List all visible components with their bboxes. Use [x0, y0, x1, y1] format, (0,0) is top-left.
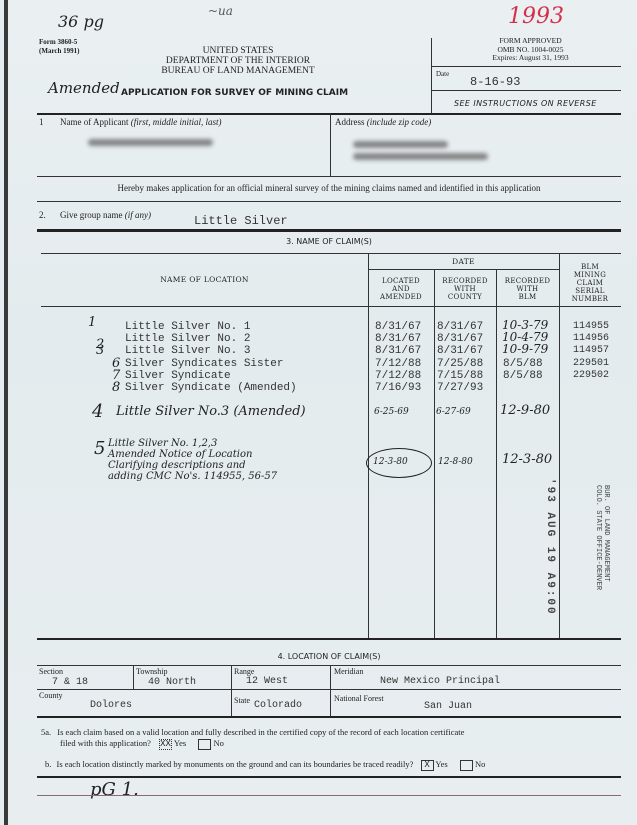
claim-name[interactable]: Little Silver No. 1 — [125, 321, 250, 333]
page-count-annotation: 36 pg — [58, 12, 104, 31]
claim-serial-number[interactable]: 229502 — [573, 370, 609, 382]
group-name-label: Give group name (if any) — [60, 210, 151, 220]
row5-name-l3: Clarifying descriptions and — [108, 460, 277, 471]
group-name-hint: (if any) — [125, 210, 151, 220]
claim-name[interactable]: Silver Syndicate — [125, 370, 231, 382]
col-serial-number: BLM MINING CLAIM SERIAL NUMBER — [559, 263, 621, 303]
row-mark: 1 — [88, 315, 96, 330]
received-office-stamp: BUR. OF LAND MANAGEMENT COLO. STATE OFFI… — [594, 485, 610, 590]
claim-located-date[interactable]: 8/31/67 — [375, 345, 421, 357]
address-line1-redacted[interactable] — [353, 141, 448, 148]
row5-name-l1: Little Silver No. 1,2,3 — [108, 438, 277, 449]
col-recorded-county: RECORDED WITH COUNTY — [434, 277, 496, 301]
claim-blm-date[interactable]: 8/5/88 — [503, 358, 543, 370]
applicant-hint: (first, middle initial, last) — [131, 117, 222, 127]
q5a-text-line1: Is each claim based on a valid location … — [57, 727, 464, 737]
claim-serial-number[interactable]: 114956 — [573, 333, 609, 345]
applicant-name-redacted[interactable] — [88, 139, 213, 146]
col-serial-l4: SERIAL — [559, 287, 621, 295]
section1-number: 1 — [39, 117, 44, 127]
col-blm-l1: RECORDED — [496, 277, 559, 285]
q5b-no-label: No — [475, 759, 485, 769]
national-forest-field[interactable]: San Juan — [424, 701, 472, 712]
q5b-no-checkbox[interactable] — [460, 760, 473, 771]
range-field[interactable]: 12 West — [246, 676, 288, 687]
col-name-of-location: NAME OF LOCATION — [41, 276, 368, 284]
date-label: Date — [436, 70, 449, 78]
col-located-l2: AND — [368, 285, 434, 293]
year-annotation: 1993 — [508, 4, 564, 29]
township-field[interactable]: 40 North — [148, 677, 196, 688]
address-label-text: Address — [335, 117, 365, 127]
state-label: State — [234, 697, 250, 705]
question-5b: b. Is each location distinctly marked by… — [45, 759, 485, 771]
county-field[interactable]: Dolores — [90, 700, 132, 711]
date-field[interactable]: 8-16-93 — [470, 75, 520, 89]
address-label: Address (include zip code) — [335, 117, 431, 127]
q5a-yes-checkbox[interactable]: XX — [159, 739, 172, 750]
claim-serial-number[interactable]: 114957 — [573, 345, 609, 357]
q5a-text-line2: filed with this application? — [60, 738, 151, 748]
claim-name[interactable]: Little Silver No. 2 — [125, 333, 250, 345]
agency-line2: DEPARTMENT OF THE INTERIOR — [138, 56, 338, 66]
national-forest-label: National Forest — [334, 695, 384, 703]
claim-located-date[interactable]: 8/31/67 — [375, 333, 421, 345]
group-name-label-text: Give group name — [60, 210, 122, 220]
claim-blm-date[interactable]: 8/5/88 — [503, 370, 543, 382]
agency-line1: UNITED STATES — [138, 46, 338, 56]
row4-located[interactable]: 6-25-69 — [374, 407, 409, 417]
col-blm-l2: WITH — [496, 285, 559, 293]
claim-located-date[interactable]: 7/16/93 — [375, 382, 421, 394]
approval-block: FORM APPROVED OMB NO. 1004-0025 Expires:… — [438, 37, 623, 63]
form-number: Form 3860-5 — [39, 38, 77, 46]
section-label: Section — [39, 668, 63, 676]
range-label: Range — [234, 668, 254, 676]
section2-number: 2. — [39, 210, 46, 220]
q5b-yes-label: Yes — [435, 759, 447, 769]
claim-county-date[interactable]: 7/25/88 — [437, 358, 483, 370]
claim-name[interactable]: Little Silver No. 3 — [125, 345, 250, 357]
col-blm-l3: BLM — [496, 293, 559, 301]
row5-blm[interactable]: 12-3-80 — [502, 452, 552, 467]
q5a-number: 5a. — [41, 727, 51, 737]
claim-blm-date[interactable]: 10-9-79 — [502, 342, 548, 356]
applicant-label-text: Name of Applicant — [60, 117, 128, 127]
claim-located-date[interactable]: 8/31/67 — [375, 321, 421, 333]
form-title: APPLICATION FOR SURVEY OF MINING CLAIM — [121, 88, 348, 98]
col-serial-l3: CLAIM — [559, 279, 621, 287]
col-serial-l1: BLM — [559, 263, 621, 271]
stamp-office-l2: COLO. STATE OFFICE-DENVER — [594, 485, 602, 590]
address-hint: (include zip code) — [367, 117, 431, 127]
q5a-no-label: No — [213, 738, 223, 748]
col-serial-l2: MINING — [559, 271, 621, 279]
claim-county-date[interactable]: 8/31/67 — [437, 321, 483, 333]
q5a-yes-label: Yes — [174, 738, 186, 748]
row5-name-l4: adding CMC No's. 114955, 56-57 — [108, 471, 277, 482]
col-located-l3: AMENDED — [368, 293, 434, 301]
page-number-annotation: pG 1. — [90, 779, 139, 800]
row4-blm[interactable]: 12-9-80 — [500, 403, 550, 418]
question-5a: 5a. Is each claim based on a valid locat… — [41, 727, 464, 738]
row5-name[interactable]: Little Silver No. 1,2,3 Amended Notice o… — [108, 438, 277, 482]
q5b-number: b. — [45, 759, 51, 769]
agency-line3: BUREAU OF LAND MANAGEMENT — [138, 66, 338, 76]
meridian-field[interactable]: New Mexico Principal — [380, 676, 500, 687]
amended-annotation: Amended — [48, 79, 120, 97]
q5b-text: Is each location distinctly marked by mo… — [57, 759, 414, 769]
claim-county-date[interactable]: 8/31/67 — [437, 345, 483, 357]
claim-county-date[interactable]: 7/15/88 — [437, 370, 483, 382]
form-page: 36 pg ~ua 1993 Form 3860-5 (March 1991) … — [4, 0, 637, 825]
form-date: (March 1991) — [39, 47, 80, 55]
claim-name[interactable]: Silver Syndicates Sister — [125, 358, 283, 370]
col-recorded-blm: RECORDED WITH BLM — [496, 277, 559, 301]
row-mark: 8 — [112, 380, 120, 395]
stamp-office-l1: BUR. OF LAND MANAGEMENT — [602, 485, 610, 590]
row5-mark: 5 — [94, 438, 105, 459]
claim-located-date[interactable]: 7/12/88 — [375, 358, 421, 370]
claim-county-date[interactable]: 7/27/93 — [437, 382, 483, 394]
section-field[interactable]: 7 & 18 — [52, 677, 88, 688]
section3-title: 3. NAME OF CLAIM(S) — [37, 237, 621, 246]
col-county-l2: WITH — [434, 285, 496, 293]
state-field[interactable]: Colorado — [254, 700, 302, 711]
col-serial-l5: NUMBER — [559, 295, 621, 303]
claim-county-date[interactable]: 8/31/67 — [437, 333, 483, 345]
approval-line3: Expires: August 31, 1993 — [438, 54, 623, 63]
col-located-l1: LOCATED — [368, 277, 434, 285]
county-label: County — [39, 692, 63, 700]
q5b-yes-checkbox[interactable]: X — [421, 760, 434, 771]
township-label: Township — [136, 668, 167, 676]
top-scribble: ~ua — [208, 4, 233, 18]
claim-serial-number[interactable]: 114955 — [573, 321, 609, 333]
claim-name[interactable]: Silver Syndicate (Amended) — [125, 382, 297, 394]
q5a-no-checkbox[interactable] — [198, 739, 211, 750]
address-line2-redacted[interactable] — [353, 153, 488, 160]
instructions-note: SEE INSTRUCTIONS ON REVERSE — [454, 99, 597, 108]
row5-name-l2: Amended Notice of Location — [108, 449, 277, 460]
meridian-label: Meridian — [334, 668, 363, 676]
received-date-stamp: '93 AUG 19 A9:00 — [544, 478, 556, 616]
row4-name[interactable]: Little Silver No.3 (Amended) — [116, 404, 306, 419]
claim-serial-number[interactable]: 229501 — [573, 358, 609, 370]
col-county-l1: RECORDED — [434, 277, 496, 285]
col-located-amended: LOCATED AND AMENDED — [368, 277, 434, 301]
row5-located[interactable]: 12-3-80 — [373, 457, 408, 467]
section4-title: 4. LOCATION OF CLAIM(S) — [37, 652, 621, 661]
agency-block: UNITED STATES DEPARTMENT OF THE INTERIOR… — [138, 46, 338, 76]
row5-county[interactable]: 12-8-80 — [438, 457, 473, 467]
col-county-l3: COUNTY — [434, 293, 496, 301]
col-date: DATE — [368, 258, 559, 266]
claim-located-date[interactable]: 7/12/88 — [375, 370, 421, 382]
row-mark: 3 — [96, 343, 104, 358]
application-statement: Hereby makes application for an official… — [37, 183, 621, 193]
applicant-label: Name of Applicant (first, middle initial… — [60, 117, 222, 127]
group-name-field[interactable]: Little Silver — [194, 214, 288, 228]
row4-county[interactable]: 6-27-69 — [436, 407, 471, 417]
row4-mark: 4 — [92, 401, 103, 422]
question-5a-line2: filed with this application? XX Yes No — [60, 738, 224, 750]
